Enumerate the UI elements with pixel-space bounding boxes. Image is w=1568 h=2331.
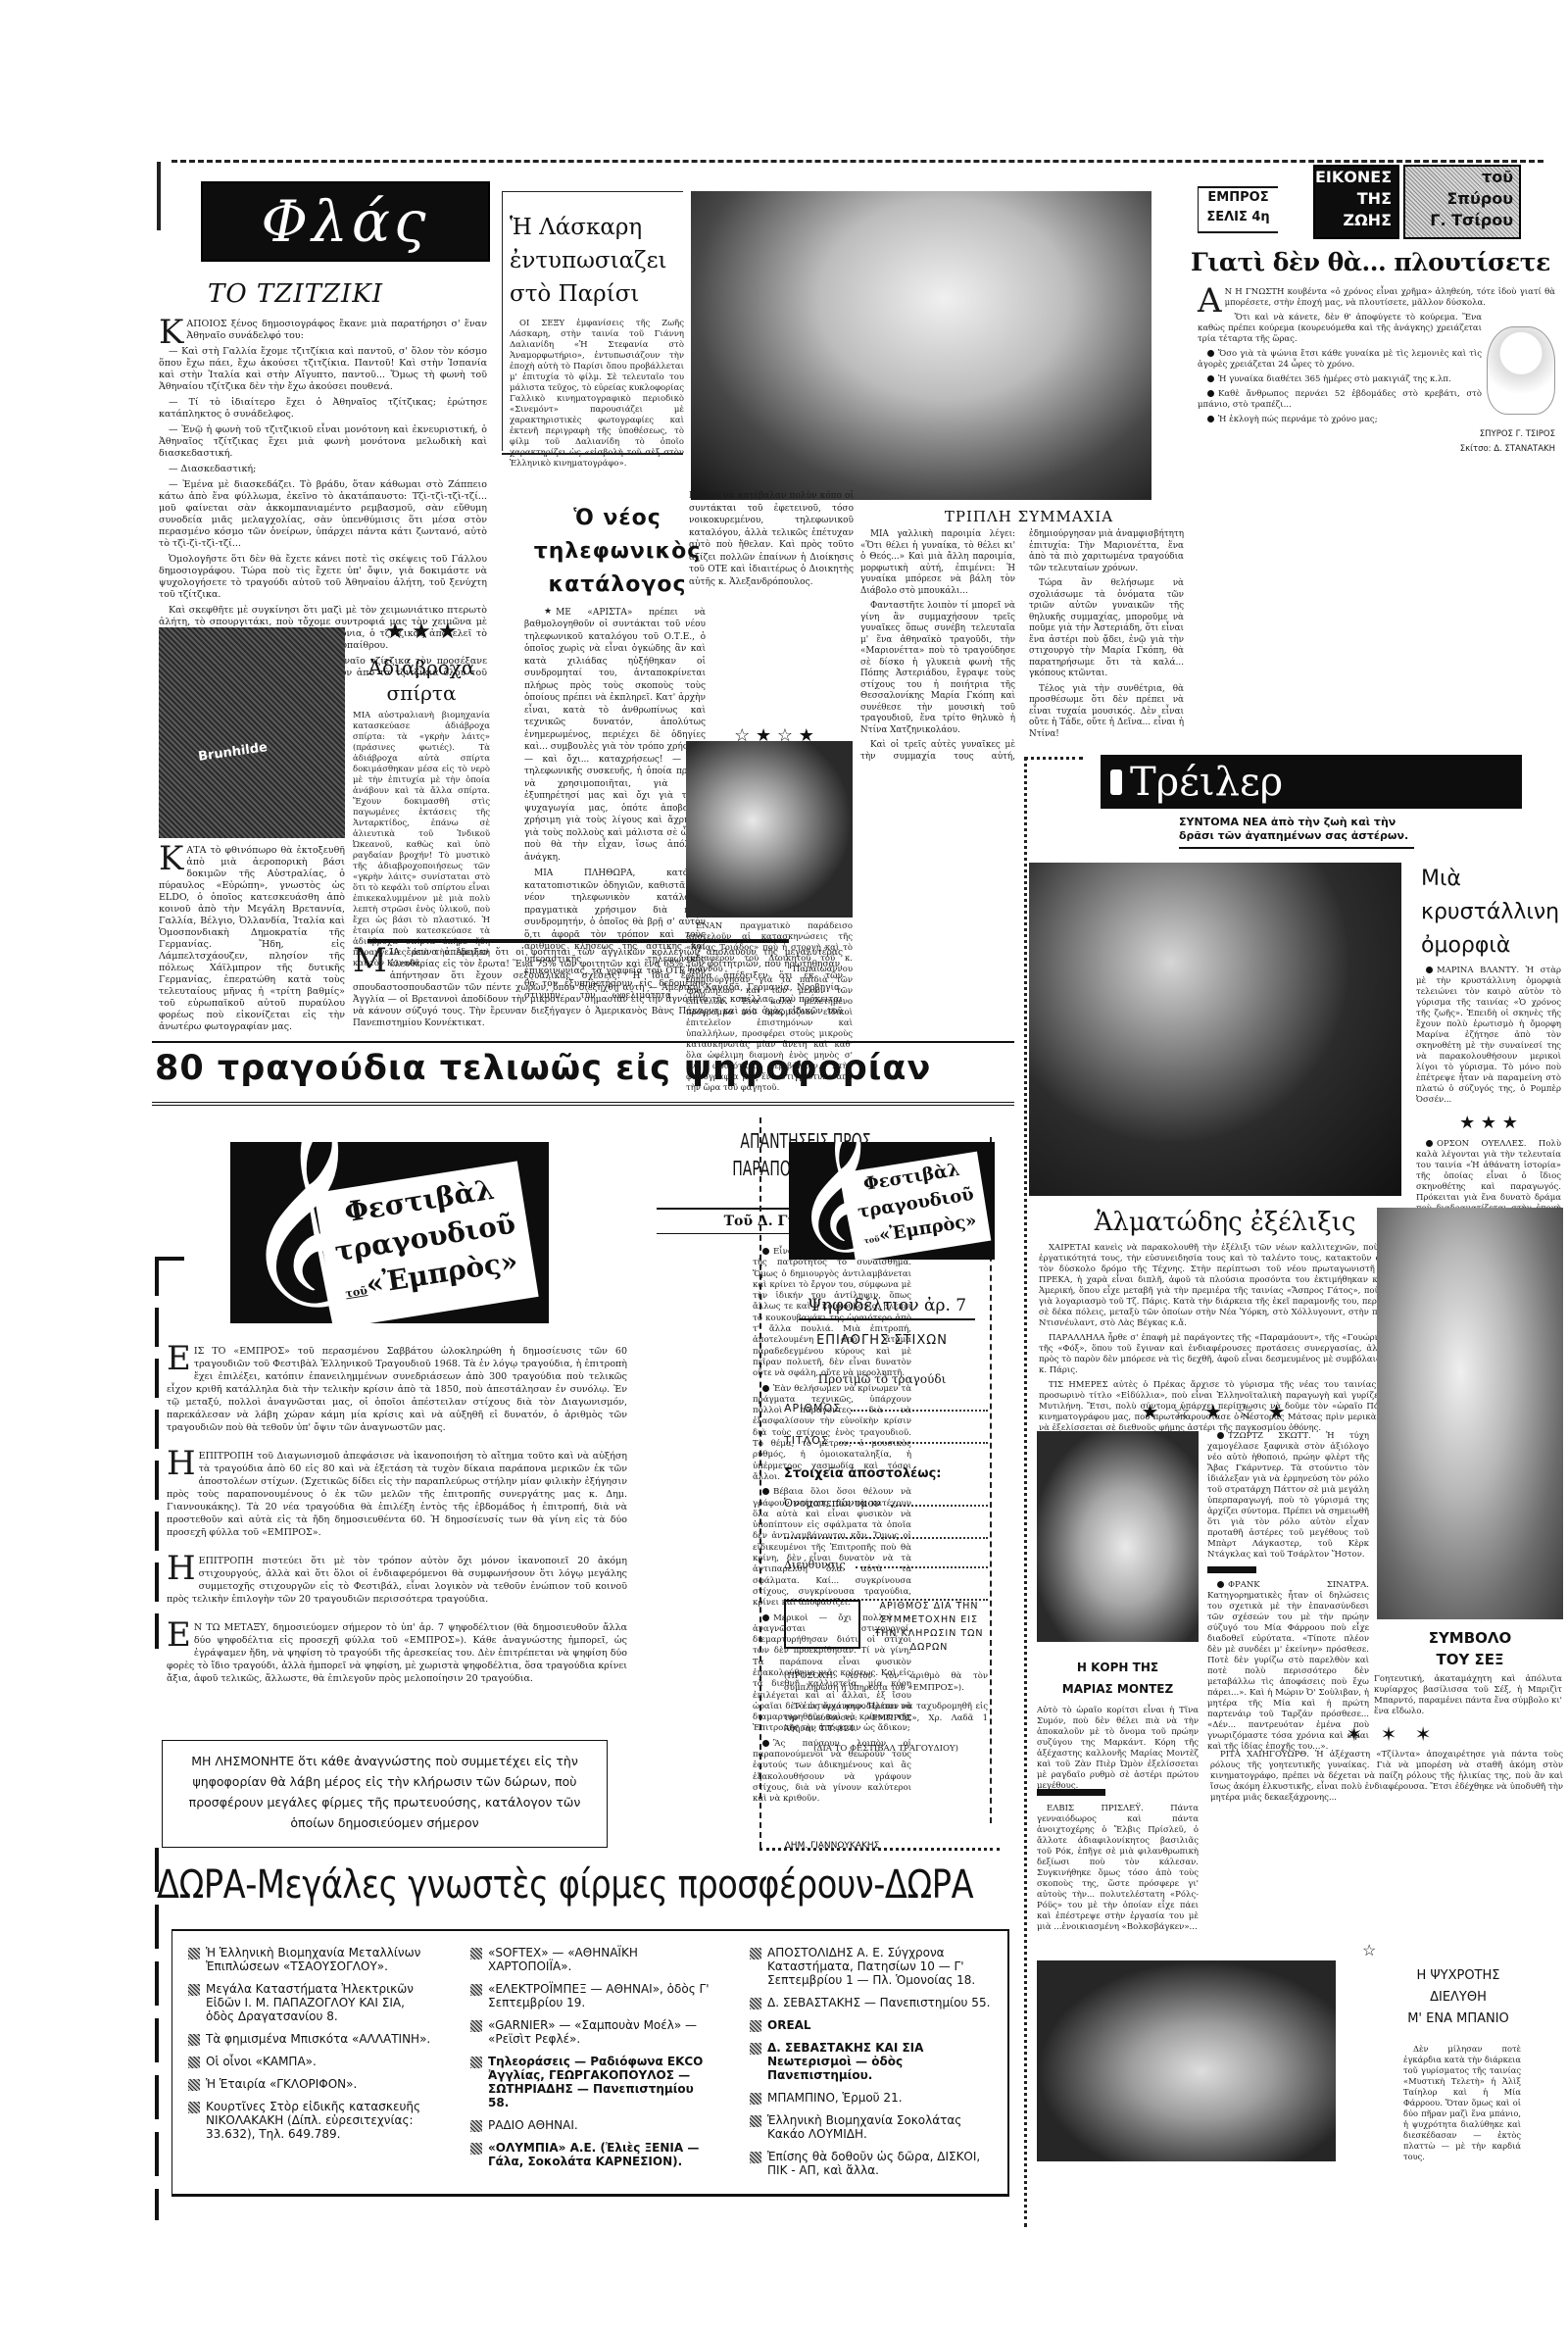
gift-item: «ΕΛΕΚΤΡΟΪΜΠΕΞ — ΑΘΗΝΑΙ», ὁδὸς Γ' Σεπτεμβ… [470,1982,715,2009]
scott-article: ΤΖΩΡΤΖ ΣΚΩΤΤ. Ἡ τύχη χαμογέλασε ξαφνικὰ … [1207,1431,1369,1564]
bullet-icon [1207,416,1214,422]
gift-bullet-icon [750,2115,761,2127]
tzitziki-title: ΤΟ ΤΖΙΤΖΙΚΙ [208,279,492,309]
ballot-form: ΑΡΙΘΜΟΣ ΤΙΤΛΟΣ Στοιχεῖα ἀποστολέως: Ὀνομ… [784,1402,988,1620]
camp-photo [686,741,853,918]
gift-item: «GARNIER» — «Σαμπουὰν Μοέλ» — «Ρεϊσὶτ Ρε… [470,2018,715,2046]
star-bullet-icon: ★ [534,606,552,619]
festival-headline-top-rule [152,1041,1014,1043]
gift-item: ΑΠΟΣΤΟΛΙΔΗΣ Α. Ε. Σύγχρονα Καταστήματα, … [750,1946,1000,1987]
reminder-text: ΜΗ ΛΗΣΜΟΝΗΤΕ ὅτι κάθε ἀναγνώστης ποὺ συμ… [189,1754,581,1830]
trailer-dotted-top [1024,757,1083,760]
eldo-article: ΚΑΤΑ τὸ φθινόπωρο θὰ ἐκτοξευθῆ ἀπὸ μιὰ ἀ… [159,845,345,1037]
prekas-photo [1029,863,1401,1196]
gift-item: Δ. ΣΕΒΑΣΤΑΚΗΣ — Πανεπιστημίου 55. [750,1996,1000,2009]
festival-article: ΕΙΣ ΤΟ «ΕΜΠΡΟΣ» τοῦ περασμένου Σαββάτου … [167,1345,627,1689]
ballot-border [759,1117,761,1848]
stars-adiavrocha: ★ ★ ★ [367,620,475,644]
festival-left-bracket-top [155,1257,184,1261]
stars-trailer-1: ★ ★ ★ [1416,1113,1561,1133]
ballot-subtitle: ΕΠΙΛΟΓΗΣ ΣΤΙΧΩΝ [784,1333,980,1348]
gift-item: «ΟΛΥΜΠΙΑ» Α.Ε. (Ἐλιὲς ΞΕΝΙΑ — Γάλα, Σοκο… [470,2141,715,2168]
festival-logo: 𝄞 Φεστιβὰλ τραγουδιοῦ τοῦ«Ἐμπρὸς» [230,1142,549,1323]
montez-photo [1037,1431,1199,1642]
gift-item: Κουρτῖνες Στὸρ εἰδικῆς κατασκευῆς ΝΙΚΟΛΑ… [188,2100,433,2141]
gift-bullet-icon [750,2020,761,2032]
gift-item: Μεγάλα Καταστήματα Ἠλεκτρικῶν Εἰδῶν Ι. Μ… [188,1982,433,2023]
ballot-notice: (ΠΡΟΣΟΧΗ: Αὐτὸν τὸν ἀριθμὸ θὰ τὸν συμπλη… [784,1671,988,1759]
bullet-icon [762,1740,769,1747]
rita-article: ΡΙΤΑ ΧΑΙΗΓΟΥΩΡΘ. Ἡ ἀξέχαστη «Τζίλντα» ἀπ… [1210,1750,1563,1808]
dropcap: Κ [159,319,183,346]
gift-item: Οἱ οἶνοι «ΚΑΜΠΑ». [188,2055,433,2068]
sender-heading: Στοιχεῖα ἀποστολέως: [784,1466,988,1481]
gift-bullet-icon [470,1948,482,1959]
ploutisete-article: ΑΝ Η ΓΝΩΣΤΗ κουβέντα «ὁ χρόνος εἶναι χρῆ… [1198,287,1555,459]
address-input[interactable] [856,1559,988,1568]
title-input[interactable] [839,1434,988,1444]
column-box-right: τοῦ Σπύρου Γ. Τσίρου [1403,165,1521,239]
katalogos-title: Ὁ νέος τηλεφωνικὸς κατάλογος [529,502,706,602]
krystallini-article: ΜΑΡΙΝΑ ΒΛΑΝΤΥ. Ἡ στὰρ μὲ τὴν κρυστάλλινη… [1416,966,1561,1110]
gift-bullet-icon [188,1948,200,1959]
left-margin-bar [157,162,161,230]
gift-item: ΜΠΑΜΠΙΝΟ, Ἑρμοῦ 21. [750,2091,1000,2105]
almatodis-title: Ἁλματώδης ἐξέλιξις [1039,1208,1411,1237]
gift-item: Ἐπίσης θὰ δοθοῦν ὡς δῶρα, ΔΙΣΚΟΙ, ΠΙΚ - … [750,2150,1000,2177]
adiavrocha-article: ΜΙΑ αὐστραλιανὴ βιομηχανία κατασκεύασε ἀ… [353,711,490,973]
gift-bullet-icon [470,1984,482,1996]
bullet-icon [1207,375,1214,382]
number-input[interactable] [851,1402,988,1412]
gift-bullet-icon [750,2043,761,2055]
gift-bullet-icon [470,2057,482,2068]
stars-almatodis: ★ ☆ ★ ☆ ★ [1098,1400,1333,1423]
festival-left-bracket [155,1257,159,1649]
gift-bullet-icon [470,2143,482,2155]
krystallini-title: Μιὰ κρυστάλλινη ὀμορφιὰ [1421,863,1568,963]
stars-trailer-2: ✶ ✶ ✶ [1294,1722,1490,1746]
gifts-column-3: ΑΠΟΣΤΟΛΙΔΗΣ Α. Ε. Σύγχρονα Καταστήματα, … [750,1946,1000,2186]
star-small: ☆ [1362,1941,1376,1959]
draw-number-box [784,1600,860,1649]
laskari-title: Ἡ Λάσκαρη ἐντυπωσιαζει στὸ Παρίσι [510,211,686,311]
flash-logo-box: Φλάς [201,181,490,262]
name-input-line2[interactable] [784,1529,988,1539]
gift-item: Τηλεοράσεις — Ραδιόφωνα ΕΚCO Ἀγγλίας, ΓΕ… [470,2055,715,2109]
gift-bullet-icon [188,2079,200,2091]
bullet-icon [762,1385,769,1392]
gift-item: Ἡ Ἑταιρία «ΓΚΛΟΡΙΦΟΝ». [188,2077,433,2091]
gift-item: Δ. ΣΕΒΑΣΤΑΚΗΣ ΚΑΙ ΣΙΑ Νεωτερισμοὶ — ὁδὸς… [750,2041,1000,2082]
trailer-bullet-icon [1110,769,1122,795]
ballot-border-bottom [759,1848,1000,1851]
rocket-photo: Brunhilde [159,627,345,838]
katalogos-article-tail: Πρέπει νὰ κατέβαλαν πολὺν κόπο οἱ συντάκ… [689,490,854,592]
address-field[interactable]: Διεύθυνσις [784,1559,988,1571]
laskari-article: ΟΙ ΣΕΞΥ ἐμφανίσεις τῆς Ζωῆς Λάσκαρη, στὴ… [510,319,684,473]
mia-photo [1037,1960,1336,2161]
gift-bullet-icon [188,2034,200,2046]
laskari-rule [502,453,683,455]
montez-article: Αὐτὸ τὸ ὡραῖο κορίτσι εἶναι ἡ Τῖνα Συμόν… [1037,1706,1199,1796]
trailer-title: Τρέιλερ [1130,760,1283,805]
gift-bullet-icon [470,2020,482,2032]
bullet-icon [1217,1432,1224,1439]
gift-item: ΡΑΔΙΟ ΑΘΗΝΑΙ. [470,2118,715,2132]
gift-bullet-icon [188,1984,200,1996]
bullet-icon [1207,350,1214,357]
trailer-banner: Τρέιλερ [1101,755,1522,809]
gift-item: Ἡ Ἑλληνικὴ Βιομηχανία Μεταλλίνων Ἐπιπλώσ… [188,1946,433,1973]
elvis-article: ΕΛΒΙΣ ΠΡΙΣΛΕΫ. Πάντα γενναιόδωρος καὶ πά… [1037,1804,1199,1937]
top-border [171,160,1543,163]
gift-item: Τὰ φημισμένα Μπισκότα «ΑΛΛΑΤΙΝΗ». [188,2032,433,2046]
festival-headline-bottom-rule [152,1102,1014,1106]
name-field[interactable]: Ὀνοματεπώνυμον [784,1497,988,1510]
bullet-icon [1207,390,1214,397]
sex-symbol-article: Γοητευτική, ἀκαταμάχητη καὶ ἀπόλυτα κυρί… [1374,1674,1562,1721]
gifts-column-2: «SOFTEX» — «ΑΘΗΝΑΪΚΗ ΧΑΡΤΟΠΟΙΪΑ». «ΕΛΕΚΤ… [470,1946,715,2177]
tripli-article: ΜΙΑ γαλλικὴ παροιμία λέγει: «Ὅτι θέλει ἡ… [860,529,1184,763]
bullet-icon [1426,1140,1433,1147]
sex-symbol-title: ΣΥΜΒΟΛΟ ΤΟΥ ΣΕΞ [1377,1627,1563,1670]
laskari-photo [691,191,1151,500]
caricature-sketch [1487,326,1555,415]
trailer-subtitle: ΣΥΝΤΟΜΑ ΝΕΑ ἀπὸ τὴν ζωὴ καὶ τὴν δρᾶσι τῶ… [1179,816,1414,849]
flash-logo: Φλάς [262,188,430,255]
gift-bullet-icon [750,2093,761,2105]
bullet-icon [1217,1581,1224,1588]
name-input[interactable] [891,1497,988,1507]
trailer-dotted-left [1024,757,1027,2227]
festival-headline: 80 τραγούδια τελιωῶς εἰς ψηφοφορίαν [155,1049,1037,1088]
gift-item: OREAL [750,2018,1000,2032]
gift-item: «SOFTEX» — «ΑΘΗΝΑΪΚΗ ΧΑΡΤΟΠΟΙΪΑ». [470,1946,715,1973]
gift-bullet-icon [188,2102,200,2113]
psychrotis-article: Δὲν μίλησαν ποτὲ ἐγκάρδια κατὰ τὴν διάρκ… [1403,2044,1521,2166]
bullet-icon [1426,967,1433,973]
gifts-headline: ΔΩΡΑ-Μεγάλες γνωστὲς φίρμες προσφέρουν-Δ… [157,1862,881,1908]
number-field[interactable]: ΑΡΙΘΜΟΣ [784,1402,988,1414]
ballot-title: Ψηφοδέλτιον ἀρ. 7 [799,1296,975,1320]
tripli-title: ΤΡΙΠΛΗ ΣΥΜΜΑΧΙΑ [867,508,1191,525]
title-field[interactable]: ΤΙΤΛΟΣ [784,1434,988,1447]
montez-title: Η ΚΟΡΗ ΤΗΣ ΜΑΡΙΑΣ ΜΟΝΤΕΖ [1037,1657,1199,1700]
name-field-line2[interactable] [784,1529,988,1539]
montez-rule [1037,1789,1105,1796]
ballot-prompt: Προτιμῶ τὸ τραγούδι [784,1372,980,1386]
fitites-article: ΜΙΑ ἔρευνα ἀπέδειξεν ὅτι οἱ φοιτηταὶ τῶν… [353,947,843,1033]
gift-bullet-icon [750,1948,761,1959]
gifts-column-1: Ἡ Ἑλληνικὴ Βιομηχανία Μεταλλίνων Ἐπιπλώσ… [188,1946,433,2150]
reminder-box: ΜΗ ΛΗΣΜΟΝΗΤΕ ὅτι κάθε ἀναγνώστης ποὺ συμ… [162,1740,608,1848]
ballot-logo: 𝄞 Φεστιβὰλ τραγουδιοῦ τοῦ«Ἐμπρὸς» [789,1142,995,1260]
section-tag: ΕΜΠΡΟΣ ΣΕΛΙΣ 4η [1198,186,1278,233]
adiavrocha-title: Ἀδιάβροχα σπίρτα [353,655,490,706]
gift-bullet-icon [750,2152,761,2163]
bullet-icon [762,1614,769,1621]
fitites-rule [367,939,789,943]
ploutisete-title: Γιατὶ δὲν θὰ... πλουτίσετε [1191,248,1563,276]
bardot-photo [1377,1208,1563,1619]
bullet-icon [762,1488,769,1495]
gift-bullet-icon [470,2120,482,2132]
column-box-left: ΕΙΚΟΝΕΣ ΤΗΣ ΖΩΗΣ [1313,165,1399,239]
rocket-label: Brunhilde [197,740,269,765]
psychrotis-title: Η ΨΥΧΡΟΤΗΣ ΔΙΕΛΥΘΗ Μ' ΕΝΑ ΜΠΑΝΙΟ [1360,1965,1556,2030]
draw-number-label: ΑΡΙΘΜΟΣ ΔΙΑ ΤΗΝ ΣΥΜΜΕΤΟΧΗΝ ΕΙΣ ΤΗΝ ΚΛΗΡΩ… [870,1600,988,1655]
gift-item: Ἑλληνικὴ Βιομηχανία Σοκολάτας Κακάο ΛΟΥΜ… [750,2113,1000,2141]
bullet-icon [762,1248,769,1255]
gift-bullet-icon [188,2057,200,2068]
gift-bullet-icon [750,1998,761,2009]
scott-rule [1207,1566,1256,1573]
